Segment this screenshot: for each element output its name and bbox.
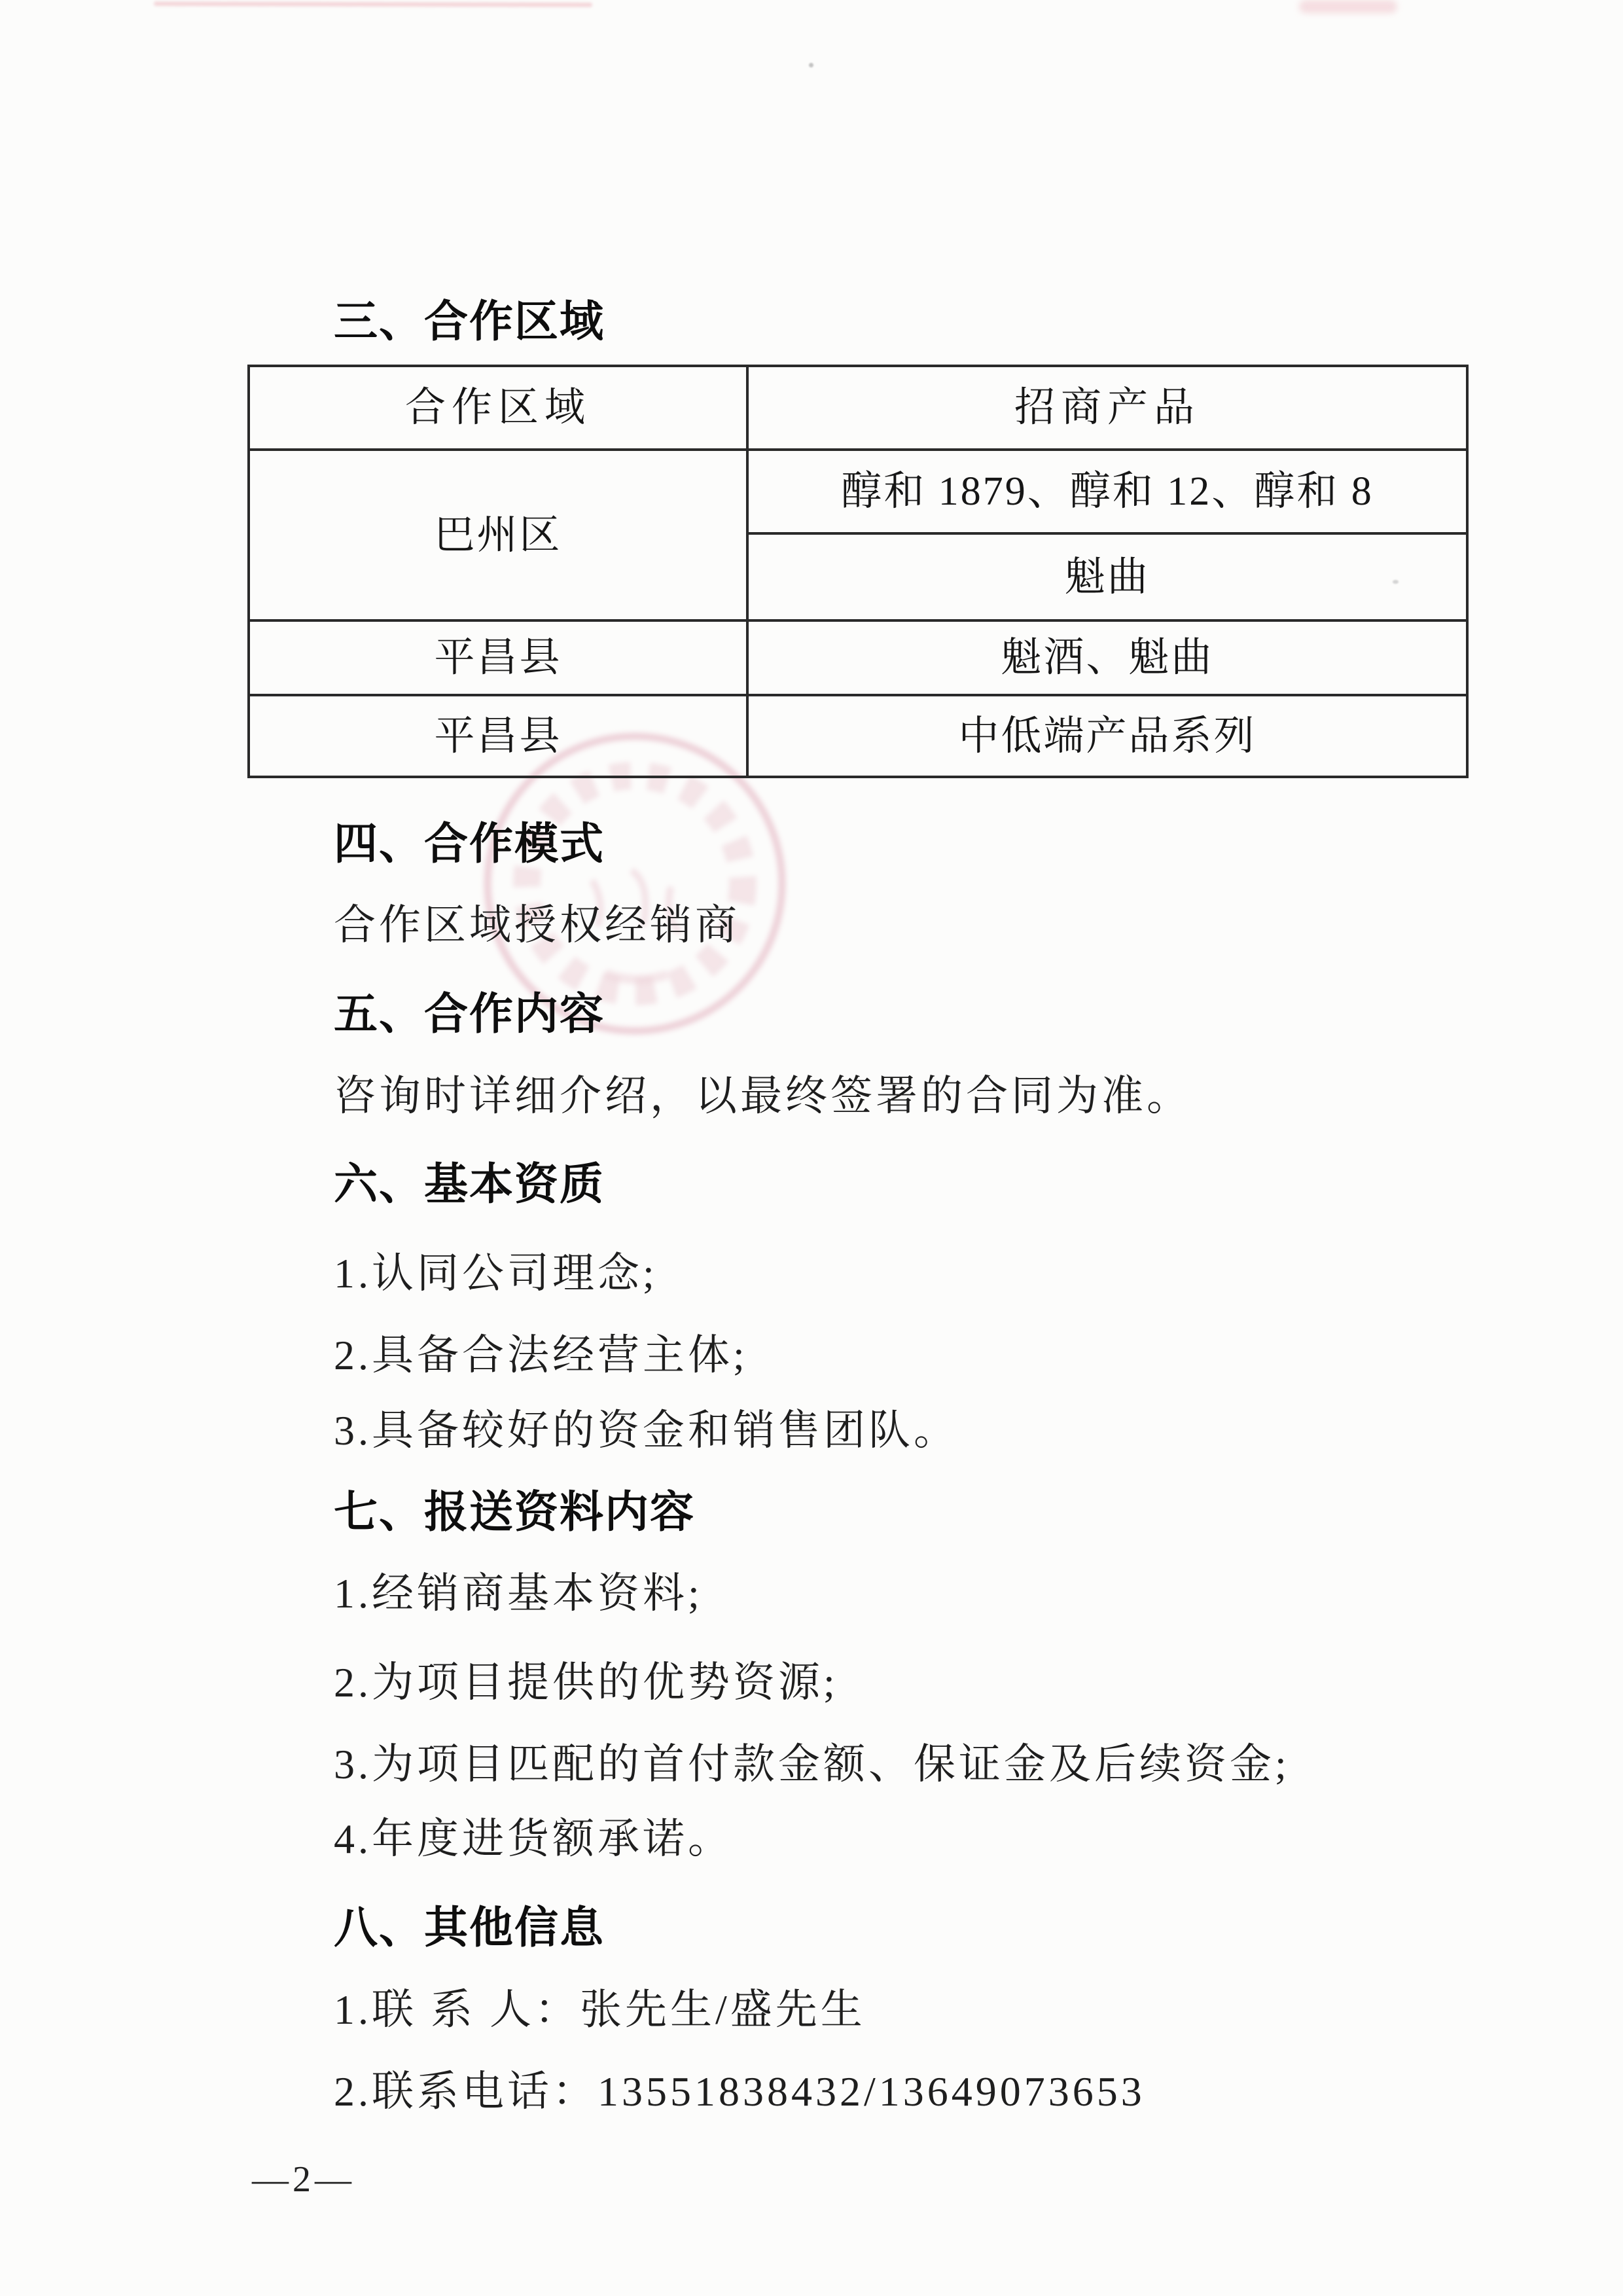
cell-region-bazhou: 巴州区 [249,450,747,620]
scan-streak-top-right [1299,0,1397,13]
section7-item-4: 4.年度进货额承诺。 [334,1818,733,1860]
section7-item-3: 3.为项目匹配的首付款金额、保证金及后续资金; [334,1744,1290,1785]
scan-speck [809,63,813,67]
section7-item-1: 1.经销商基本资料; [334,1573,703,1615]
section5-title: 五、合作内容 [334,992,605,1036]
section7-title: 七、报送资料内容 [334,1490,695,1534]
section6-item-3: 3.具备较好的资金和销售团队。 [334,1410,959,1452]
page-number: —2— [252,2161,355,2198]
section7-item-2: 2.为项目提供的优势资源; [334,1662,838,1704]
header-cell-products: 招商产品 [747,366,1467,450]
table-row: 巴州区 醇和 1879、醇和 12、醇和 8 [249,450,1467,533]
table-header-row: 合作区域 招商产品 [249,366,1467,450]
contact-phone-line: 2.联系电话：13551838432/13649073653 [334,2071,1145,2113]
table-row: 平昌县 魁酒、魁曲 [249,620,1467,695]
cell-region-pingchang-1: 平昌县 [249,620,747,695]
document-page: 三、合作区域 合作区域 招商产品 巴州区 醇和 1879、醇和 12、醇和 8 … [0,0,1623,2296]
section6-item-1: 1.认同公司理念; [334,1253,658,1295]
cell-region-pingchang-2: 平昌县 [249,695,747,777]
section4-body: 合作区域授权经销商 [334,905,740,946]
section4-title: 四、合作模式 [334,822,605,866]
cell-products-kuiqu: 魁曲 [747,533,1467,620]
cell-products-chunhe: 醇和 1879、醇和 12、醇和 8 [747,450,1467,533]
cooperation-table: 合作区域 招商产品 巴州区 醇和 1879、醇和 12、醇和 8 魁曲 平昌县 … [247,365,1469,778]
cell-products-kuijiu-kuiqu: 魁酒、魁曲 [747,620,1467,695]
cell-products-midlow: 中低端产品系列 [747,695,1467,777]
section5-body: 咨询时详细介绍，以最终签署的合同为准。 [334,1075,1192,1117]
header-cell-region: 合作区域 [249,366,747,450]
table-row: 平昌县 中低端产品系列 [249,695,1467,777]
section6-title: 六、基本资质 [334,1162,605,1206]
section8-title: 八、其他信息 [334,1906,605,1950]
section6-item-2: 2.具备合法经营主体; [334,1335,748,1376]
section3-title: 三、合作区域 [334,300,605,344]
contact-person-line: 1.联 系 人：张先生/盛先生 [334,1989,866,2031]
scan-streak-top-left [154,1,592,7]
